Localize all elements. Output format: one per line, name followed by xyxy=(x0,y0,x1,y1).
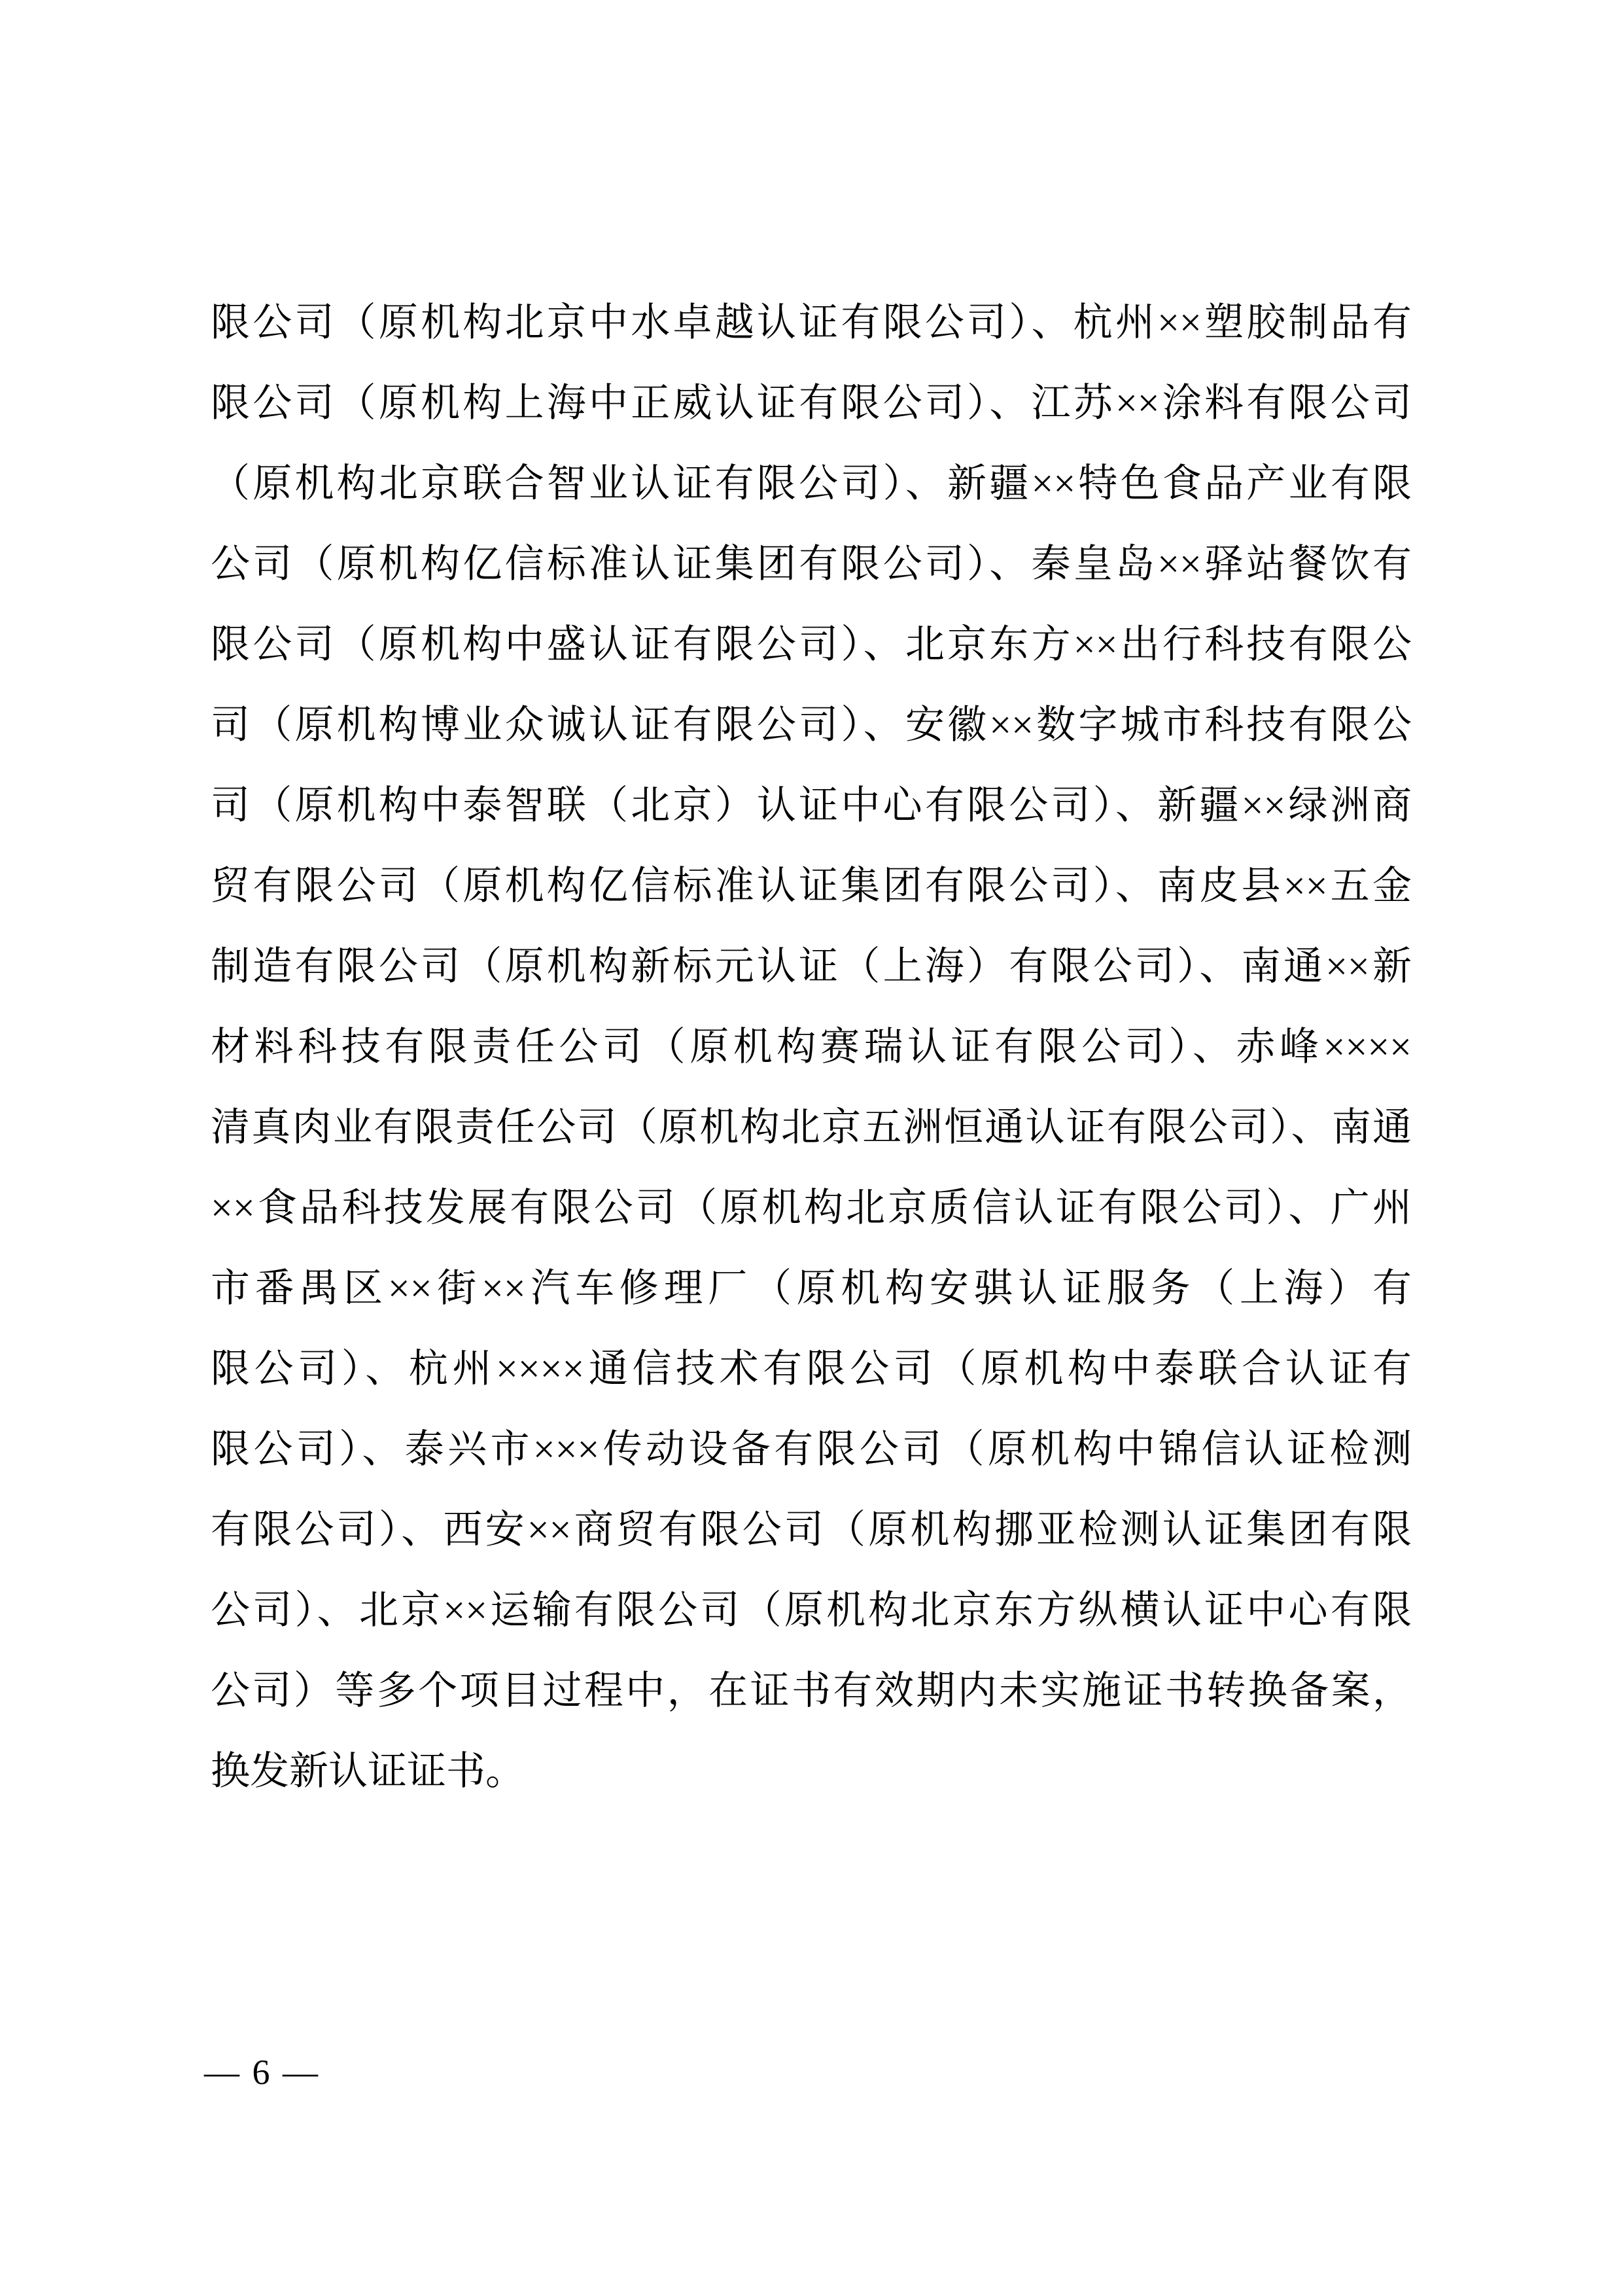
paragraph-line: 限公司（原机构中盛认证有限公司）、北京东方××出行科技有限公 xyxy=(211,605,1412,685)
paragraph-line: 限公司（原机构北京中水卓越认证有限公司）、杭州××塑胶制品有 xyxy=(211,283,1412,363)
paragraph-line: 换发新认证证书。 xyxy=(211,1731,1412,1812)
paragraph-line: （原机构北京联合智业认证有限公司）、新疆××特色食品产业有限 xyxy=(211,444,1412,524)
paragraph-line: 限公司）、杭州××××通信技术有限公司（原机构中泰联合认证有 xyxy=(211,1329,1412,1409)
paragraph-line: 限公司）、泰兴市×××传动设备有限公司（原机构中锦信认证检测 xyxy=(211,1409,1412,1490)
paragraph-line: 市番禺区××街××汽车修理厂（原机构安骐认证服务（上海）有 xyxy=(211,1248,1412,1329)
paragraph-line: 材料科技有限责任公司（原机构赛瑞认证有限公司）、赤峰×××× xyxy=(211,1007,1412,1087)
paragraph-line: 公司）等多个项目过程中，在证书有效期内未实施证书转换备案， xyxy=(211,1651,1412,1731)
paragraph-line: 贸有限公司（原机构亿信标准认证集团有限公司）、南皮县××五金 xyxy=(211,846,1412,927)
paragraph-line: ××食品科技发展有限公司（原机构北京质信认证有限公司）、广州 xyxy=(211,1168,1412,1248)
paragraph-line: 有限公司）、西安××商贸有限公司（原机构挪亚检测认证集团有限 xyxy=(211,1490,1412,1570)
document-page: 限公司（原机构北京中水卓越认证有限公司）、杭州××塑胶制品有 限公司（原机构上海… xyxy=(0,0,1623,2296)
paragraph-line: 公司（原机构亿信标准认证集团有限公司）、秦皇岛××驿站餐饮有 xyxy=(211,524,1412,605)
paragraph-line: 限公司（原机构上海中正威认证有限公司）、江苏××涂料有限公司 xyxy=(211,363,1412,444)
paragraph-line: 清真肉业有限责任公司（原机构北京五洲恒通认证有限公司）、南通 xyxy=(211,1087,1412,1168)
paragraph-line: 制造有限公司（原机构新标元认证（上海）有限公司）、南通××新 xyxy=(211,927,1412,1007)
page-number: — 6 — xyxy=(204,2053,320,2092)
paragraph-line: 司（原机构博业众诚认证有限公司）、安徽××数字城市科技有限公 xyxy=(211,685,1412,766)
paragraph-line: 司（原机构中泰智联（北京）认证中心有限公司）、新疆××绿洲商 xyxy=(211,766,1412,846)
page-content: 限公司（原机构北京中水卓越认证有限公司）、杭州××塑胶制品有 限公司（原机构上海… xyxy=(211,283,1412,1812)
page-footer: — 6 — xyxy=(204,2052,320,2093)
paragraph-line: 公司）、北京××运输有限公司（原机构北京东方纵横认证中心有限 xyxy=(211,1570,1412,1651)
